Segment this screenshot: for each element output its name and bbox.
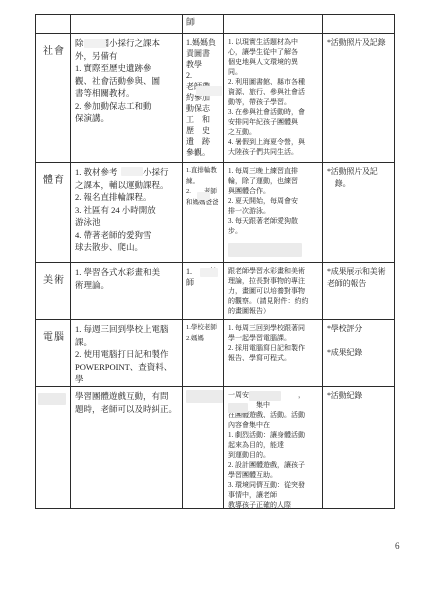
subject-label-redacted: [36, 387, 71, 508]
records-cell-computer: *學校評分 *成果紀錄: [323, 320, 394, 386]
records-cell-society: *活動照片及記錄: [323, 34, 394, 162]
instructors-cell-group-activity: [183, 387, 224, 508]
methods-cell-computer: 1. 每周三回到學校跟著同 學一起學習電腦課。 2. 採用電腦寫日記和製作 報告…: [224, 320, 323, 386]
records-cell-physical-education: *活動照片及記 錄。: [323, 163, 394, 262]
materials-cell-computer: 1. 每週三回到學校上電腦 課。 2. 使用電腦打日記和製作 POWERPOIN…: [71, 320, 183, 386]
table-header-row: 師: [36, 15, 394, 34]
document-page: 師 社會 除 國小採行之課本 外，另備有 1. 實際至歷史遺跡參 觀、社會活動參…: [0, 0, 425, 600]
records-cell-art: *成果展示和美術 老師的報告: [323, 263, 394, 319]
redaction-box: [84, 39, 106, 48]
redaction-box: [38, 393, 66, 405]
header-subject-cell: [36, 15, 71, 33]
materials-cell-society: 除 國小採行之課本 外，另備有 1. 實際至歷史遺跡參 觀、社會活動參與、圖 書…: [71, 34, 183, 162]
table-row-society: 社會 除 國小採行之課本 外，另備有 1. 實際至歷史遺跡參 觀、社會活動參與、…: [36, 34, 394, 163]
table-row-group-activity: 學習團體遊戲互動，有問 題時，老師可以及時糾正。 一周安排一次 ， 集中 在團體…: [36, 387, 394, 508]
redaction-box: [228, 243, 302, 257]
redaction-box: [121, 167, 143, 176]
redaction-box: [249, 391, 281, 401]
subject-label-art: 美術: [36, 263, 71, 319]
methods-cell-society: 1. 以現實生活題材為中 心，讓學生從中了解各 個史地與人文環境的異 同。 2.…: [224, 34, 323, 162]
subject-label-society: 社會: [36, 34, 71, 162]
redaction-box: [197, 192, 210, 200]
table-row-computer: 電腦 1. 每週三回到學校上電腦 課。 2. 使用電腦打日記和製作 POWERP…: [36, 320, 394, 387]
page-number: 6: [395, 541, 400, 551]
methods-cell-art: 跟老師學習水彩畫和美術 理論，拉長對事物的專注 力，畫圖可以培養對事物 的觀察。…: [224, 263, 323, 319]
materials-cell-art: 1. 學習各式水彩畫和美 術理論。: [71, 263, 183, 319]
subject-label-physical-education: 體育: [36, 163, 71, 262]
redaction-box: [200, 268, 218, 277]
redaction-box: [228, 403, 248, 413]
redaction-box: [186, 390, 223, 403]
header-instructor-cell: 師: [183, 15, 224, 33]
materials-cell-group-activity: 學習團體遊戲互動，有問 題時，老師可以及時糾正。: [71, 387, 183, 508]
header-materials-cell: [71, 15, 183, 33]
subject-label-computer: 電腦: [36, 320, 71, 386]
header-records-cell: [323, 15, 394, 33]
records-cell-group-activity: *活動紀錄: [323, 387, 394, 508]
materials-cell-physical-education: 1. 教材參考 國小採行 之課本，輔以運動課程。 2. 報名直排輪課程。 3. …: [71, 163, 183, 262]
redaction-box: [196, 86, 222, 96]
table-row-physical-education: 體育 1. 教材參考 國小採行 之課本，輔以運動課程。 2. 報名直排輪課程。 …: [36, 163, 394, 263]
instructors-cell-physical-education: 1.直排輪教 練。 2. 老師 和媽媽爸爸: [183, 163, 224, 262]
instructors-cell-computer: 1.學校老師 2.媽媽: [183, 320, 224, 386]
instructors-cell-society: 1.媽媽負 責圖書 教學 2. 老師帶 約參加 動保志 工 和 歷 史 遺 跡 …: [183, 34, 224, 162]
header-methods-cell: [224, 15, 323, 33]
